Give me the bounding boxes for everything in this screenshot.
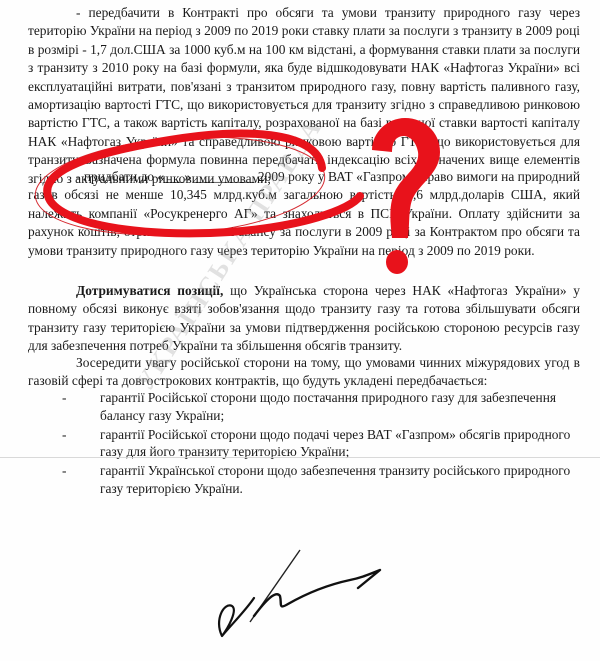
paragraph-position: Дотримуватися позиції, що Українська сто…	[28, 282, 580, 356]
list-item-text: гарантії Української сторони щодо забезп…	[100, 463, 570, 496]
bullet-marker: -	[62, 426, 66, 444]
list-item: -гарантії Російської сторони щодо подачі…	[28, 426, 580, 462]
bullet-marker: -	[62, 462, 66, 480]
signature	[210, 540, 410, 650]
scanned-document-page: - передбачити в Контракті про обсяги та …	[0, 0, 600, 661]
bullet-marker: -	[62, 389, 66, 407]
paragraph-focus-attention: Зосередити увагу російської сторони на т…	[28, 354, 580, 391]
list-item: -гарантії Російської сторони щодо постач…	[28, 389, 580, 425]
list-item: -гарантії Української сторони щодо забез…	[28, 462, 580, 498]
list-item-text: гарантії Російської сторони щодо постача…	[100, 390, 556, 423]
scan-artifact-line	[0, 457, 600, 458]
paragraph-gas-purchase: - придбати до «___» _________ 2009 року …	[28, 168, 580, 260]
guarantees-list: -гарантії Російської сторони щодо постач…	[28, 389, 580, 499]
list-item-text: гарантії Російської сторони щодо подачі …	[100, 427, 570, 460]
